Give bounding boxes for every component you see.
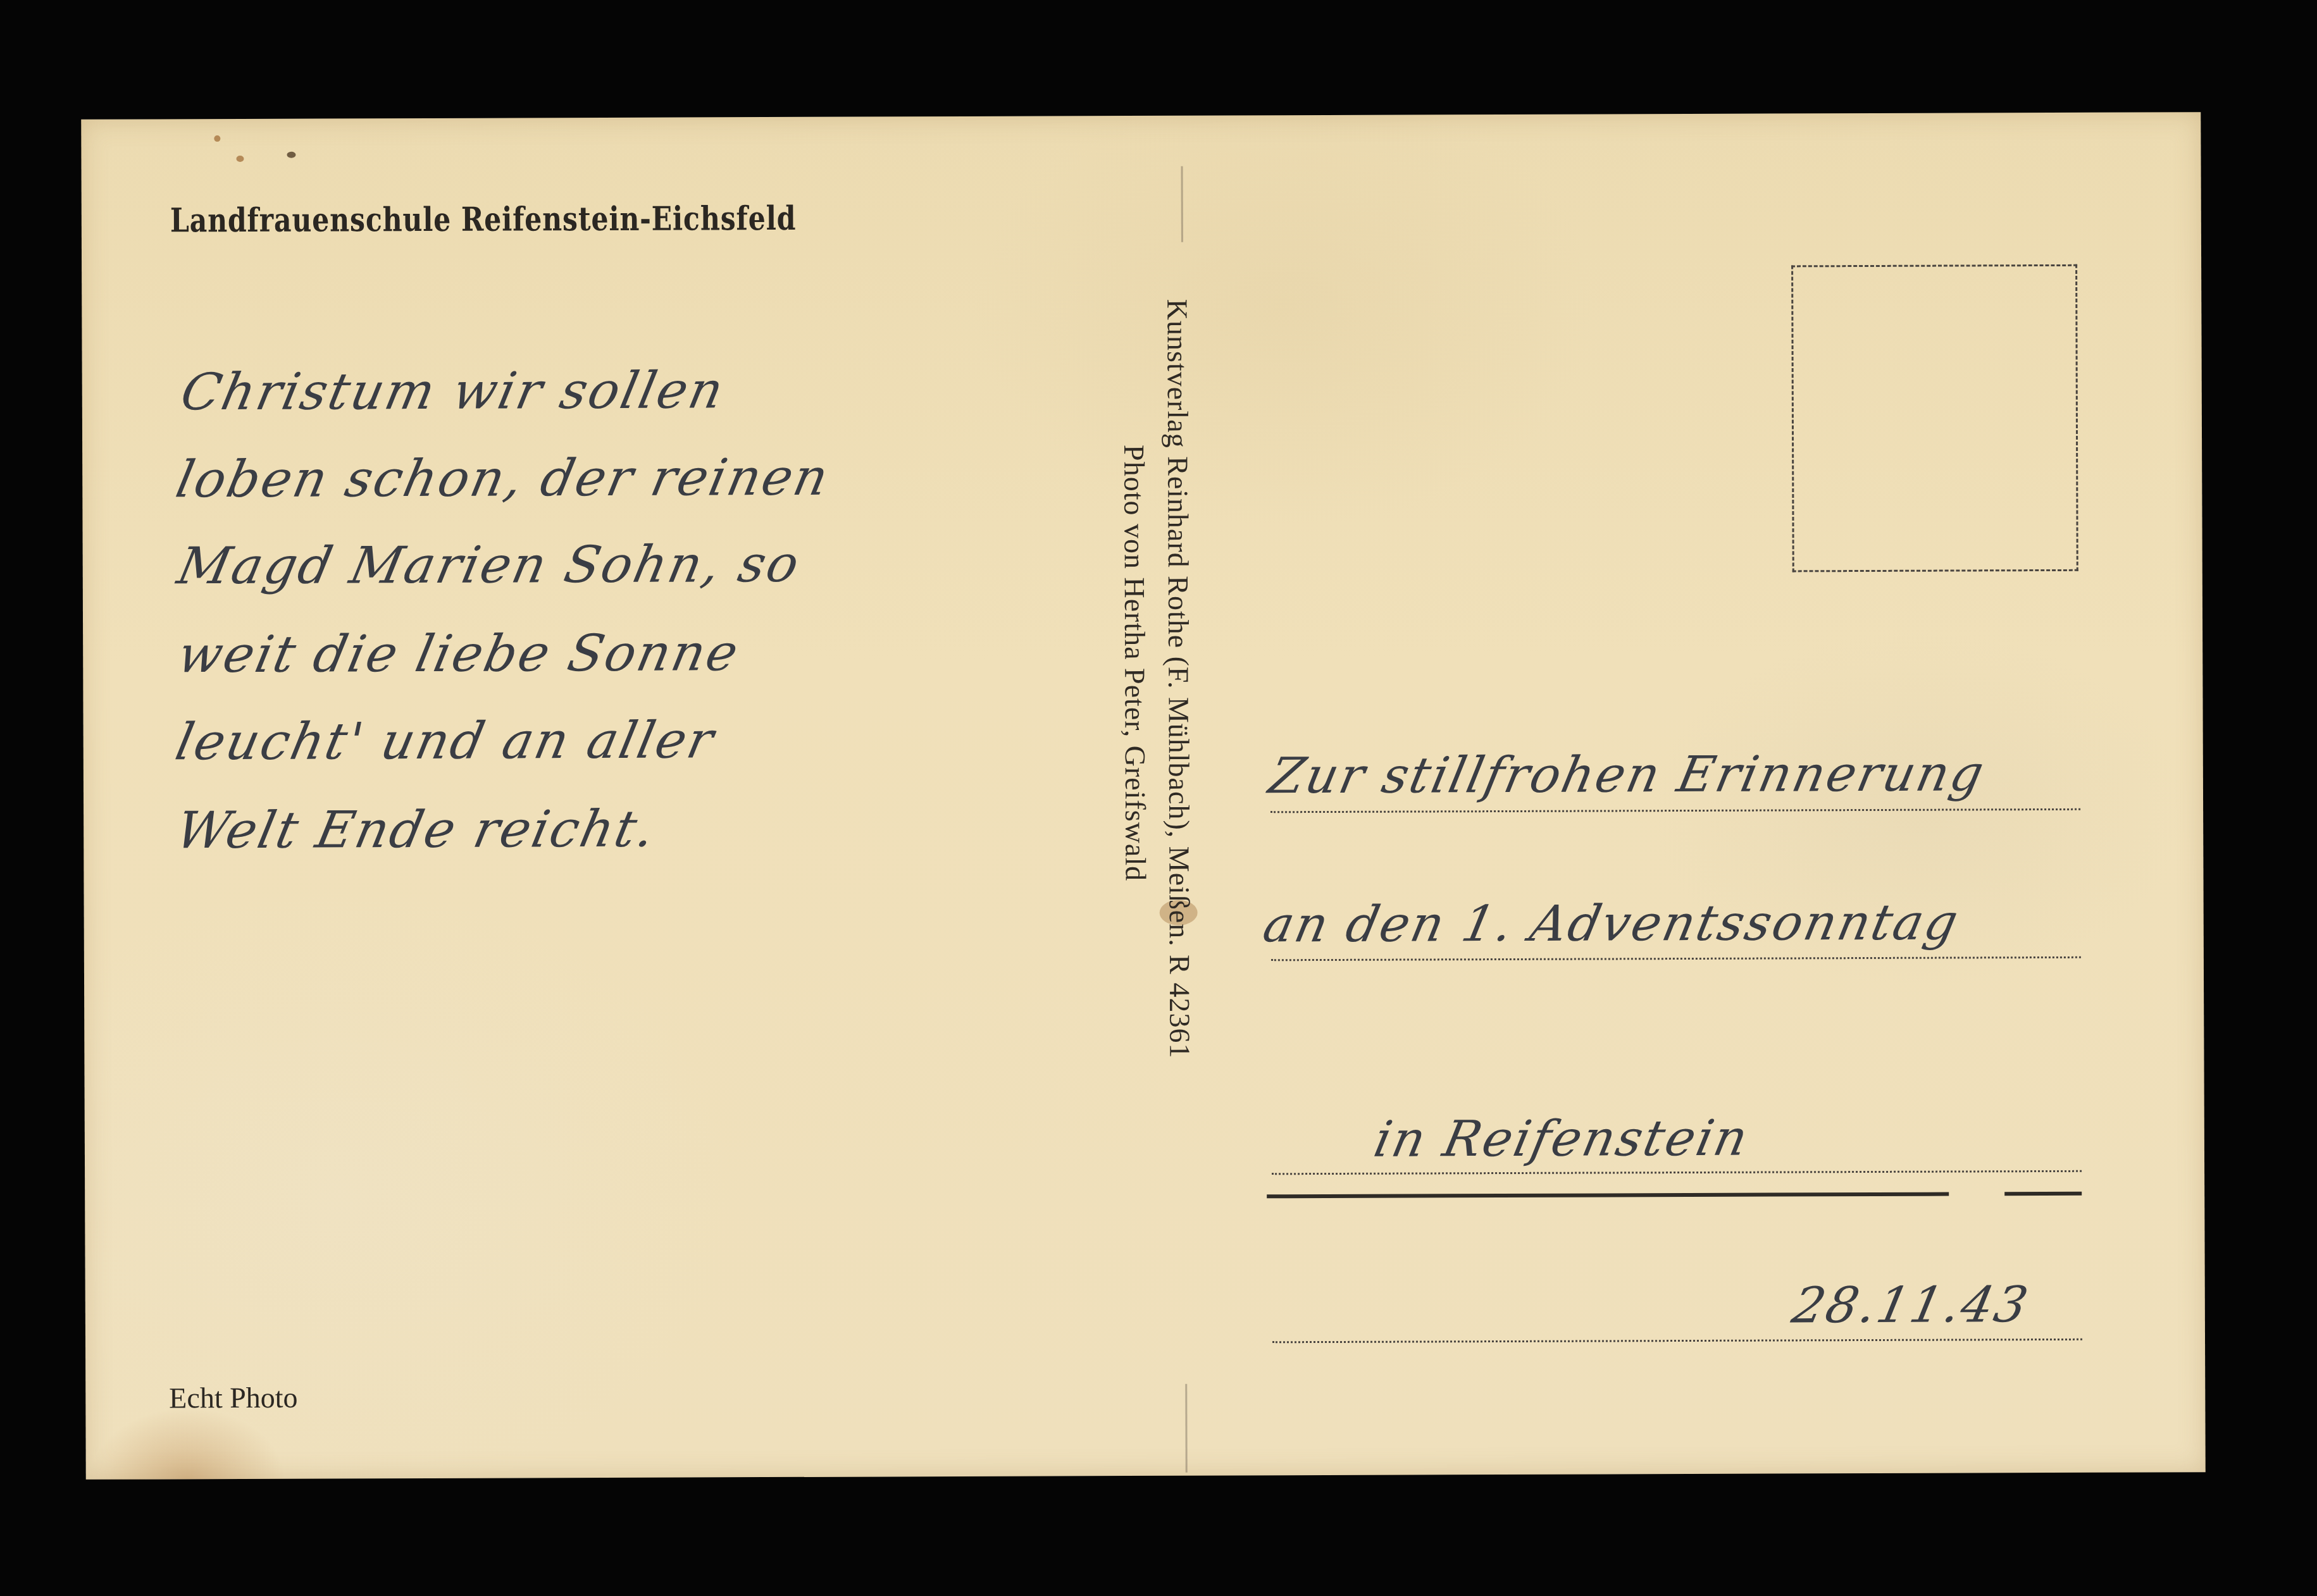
address-solid-line — [1267, 1192, 1949, 1199]
address-line-text: in Reifenstein — [1369, 1110, 1755, 1168]
stain — [236, 156, 244, 162]
photographer-line: Photo von Hertha Peter, Greifswald — [1117, 445, 1152, 881]
message-line: Magd Marien Sohn, so — [173, 535, 806, 595]
date-text: 28.11.43 — [1787, 1277, 2034, 1334]
address-line-3 — [1272, 1170, 2082, 1175]
address-line-4 — [1272, 1339, 2082, 1343]
address-line-1 — [1270, 808, 2080, 813]
address-line-text: an den 1. Adventssonntag — [1258, 894, 1965, 953]
address-solid-line — [2004, 1192, 2082, 1196]
stain — [287, 152, 295, 158]
center-divider — [1185, 1384, 1187, 1473]
address-line-text: Zur stillfrohen Erinnerung — [1264, 745, 1991, 805]
postcard-back: Landfrauenschule Reifenstein-Eichsfeld C… — [81, 112, 2205, 1480]
message-line: loben schon, der reinen — [171, 448, 835, 509]
address-line-2 — [1271, 956, 2081, 961]
message-block: Christum wir sollen loben schon, der rei… — [81, 112, 2201, 120]
message-line: weit die liebe Sonne — [173, 623, 745, 684]
stain — [214, 135, 220, 142]
message-line: Welt Ende reicht. — [171, 800, 662, 860]
stamp-box — [1791, 264, 2078, 572]
message-line: Christum wir sollen — [176, 361, 730, 421]
header-title: Landfrauenschule Reifenstein-Eichsfeld — [170, 199, 797, 240]
publisher-line: Kunstverlag Reinhard Rothe (F. Mühlbach)… — [1160, 299, 1196, 1059]
center-divider — [1181, 166, 1183, 242]
footer-echt-photo: Echt Photo — [169, 1381, 297, 1415]
message-line: leucht' und an aller — [171, 710, 721, 771]
address-block: Zur stillfrohen Erinnerung an den 1. Adv… — [81, 112, 2201, 120]
